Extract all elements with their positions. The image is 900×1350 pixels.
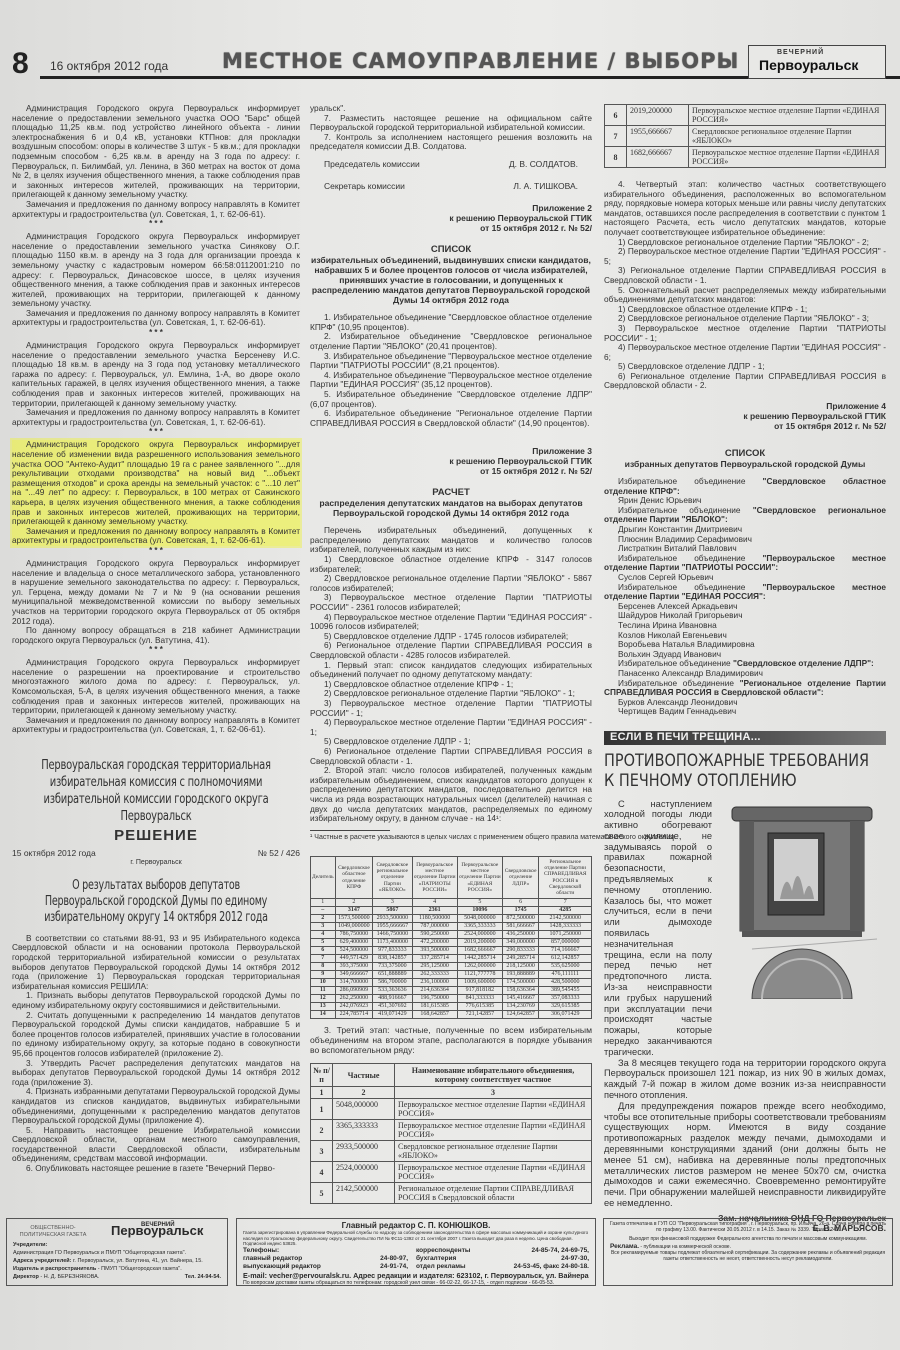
table-row: 6524,500000977,833333393,5000001682,6666… [311, 947, 592, 955]
table-cell: 249,285714 [502, 955, 539, 963]
phone-label: отдел рекламы [416, 1263, 466, 1271]
table-cell: Свердловское региональное отделение Парт… [689, 126, 886, 147]
table-header: № п/п [311, 1064, 333, 1087]
table-cell: 295,125000 [412, 963, 457, 971]
title-line: ПРОТИВОПОЖАРНЫЕ ТРЕБОВАНИЯ [604, 751, 844, 771]
table-cell: 476,111111 [539, 971, 592, 979]
appendix4-title: СПИСОК [604, 449, 886, 459]
table-cell: 218,125000 [502, 963, 539, 971]
rank-table-body: 12315048,000000Первоуральское местное от… [311, 1087, 592, 1204]
decision-paragraph: 3. Утвердить Расчет распределения депута… [12, 1059, 300, 1088]
appendix-line: от 15 октября 2012 г. № 52/ [310, 466, 592, 476]
appendix2-item: 3. Избирательное объединение "Первоураль… [310, 352, 592, 371]
table-cell: 2 [311, 1120, 333, 1141]
table-cell: 1 [311, 1099, 333, 1120]
table-cell: 2524,000000 [333, 1162, 395, 1183]
footer-logo: ВЕЧЕРНИЙ Первоуральск [111, 1223, 221, 1241]
appendix2-subtitle: избирательных объединений, выдвинувших с… [310, 255, 592, 305]
table-cell: 262,250000 [335, 995, 373, 1003]
table-cell: 14 [311, 1011, 336, 1019]
notice-contact: Замечания и предложения по данному вопро… [12, 408, 300, 427]
party-prefix: Избирательное объединение [618, 553, 762, 563]
appendix2-title: СПИСОК [310, 245, 592, 255]
table-cell: 196,750000 [412, 995, 457, 1003]
notice-contact: Замечания и предложения по данному вопро… [12, 527, 300, 546]
table-cell: 13 [311, 1003, 336, 1011]
phone-value: 24-80-97, [380, 1255, 408, 1263]
separator: * * * [12, 547, 300, 555]
table-header: Региональное отделение Партии СПРАВЕДЛИВ… [539, 856, 592, 899]
table-cell: 872,500000 [502, 915, 539, 923]
table-cell: 2142,500000 [333, 1183, 395, 1204]
table-index-row: 123 [311, 1087, 592, 1099]
rank-table-cont-body: 62019,200000Первоуральское местное отдел… [605, 105, 886, 168]
table-row: 31049,0000001955,666667787,0000003365,33… [311, 923, 592, 931]
certification-info: Все рекламируемые товары подлежат обязат… [610, 1250, 886, 1263]
table-header: Свердловское региональное отделение Парт… [373, 856, 412, 899]
phone-value: 24-97-30, [561, 1255, 589, 1263]
table-row: 42524,000000Первоуральское местное отдел… [311, 1162, 592, 1183]
decision-paragraph: 1. Признать выборы депутатов Первоуральс… [12, 991, 300, 1010]
table-cell: 841,333333 [457, 995, 502, 1003]
support-info: Выходит при финансовой поддержке Федерал… [610, 1236, 886, 1242]
decision-cont: 7. Контроль за исполнением настоящего ре… [310, 133, 592, 152]
decision-paragraph: 2. Считать допущенными к распределению 1… [12, 1011, 300, 1059]
table-row: 71955,666667Свердловское региональное от… [605, 126, 886, 147]
table-cell: 3365,333333 [457, 923, 502, 931]
table-row: 32933,500000Свердловское региональное от… [311, 1141, 592, 1162]
table-row: 62019,200000Первоуральское местное отдел… [605, 105, 886, 126]
table-cell: 6 [605, 105, 627, 126]
party-heading: Избирательное объединение "Свердловское … [604, 477, 886, 496]
column-2: уральск". 7. Разместить настоящее решени… [310, 104, 592, 1204]
appendix4-subtitle: избранных депутатов Первоуральской город… [604, 459, 886, 469]
table-row: 12262,250000488,916667196,750000841,3333… [311, 995, 592, 1003]
rank-table-continued: 62019,200000Первоуральское местное отдел… [604, 104, 886, 168]
label: Адреса учредителей: [13, 1258, 72, 1264]
logo-big-text: Первоуральск [111, 1227, 203, 1235]
table-cell: 1955,666667 [373, 923, 412, 931]
party-prefix: Избирательное объединение [618, 582, 762, 592]
party-heading: Избирательное объединение "Первоуральско… [604, 583, 886, 602]
table-cell: 1745 [502, 907, 539, 915]
table-cell: 2019,200000 [627, 105, 689, 126]
stove-illustration-icon [722, 799, 882, 999]
table-cell: 1573,500000 [335, 915, 373, 923]
table-cell: 419,071429 [373, 1011, 412, 1019]
table-row: 14224,785714419,071429168,642857721,1428… [311, 1011, 592, 1019]
notice: Администрация Городского округа Первоура… [12, 559, 300, 645]
table-cell: Первоуральское местное отделение Партии … [395, 1099, 592, 1120]
table-cell: 1682,666667 [627, 147, 689, 168]
table-cell: 3 [395, 1087, 592, 1099]
paper-type: ОБЩЕСТВЕННО-ПОЛИТИЧЕСКАЯ ГАЗЕТА [13, 1225, 93, 1239]
page-number: 8 [12, 47, 29, 81]
newspaper-page: 8 16 октября 2012 года МЕСТНОЕ САМОУПРАВ… [0, 0, 900, 1350]
table-row: 8393,375000733,375000295,1250001262,0000… [311, 963, 592, 971]
decision-cont: 7. Разместить настоящее решение на офици… [310, 114, 592, 133]
divisor-table: Делитель Свердловское областное отделени… [310, 856, 592, 1020]
phone-value: 24-91-74, [380, 1263, 408, 1271]
table-cell: 488,916667 [373, 995, 412, 1003]
table-cell: 242,076923 [335, 1003, 373, 1011]
appendix4-reference: Приложение 4 к решению Первоуральской ГТ… [604, 401, 886, 431]
table-cell: 721,142857 [457, 1011, 502, 1019]
table-cell: 651,888889 [373, 971, 412, 979]
appendix2-item: 1. Избирательное объединение "Свердловск… [310, 313, 592, 332]
decision-dateline: 15 октября 2012 года № 52 / 426 [12, 849, 300, 859]
table-cell: 787,000000 [412, 923, 457, 931]
appendix-line: к решению Первоуральской ГТИК [310, 456, 592, 466]
chief-editor: Главный редактор С. П. КОНЮШКОВ. [243, 1221, 589, 1230]
appendix2-item: 2. Избирательное объединение "Свердловск… [310, 332, 592, 351]
column-3: 62019,200000Первоуральское местное отдел… [604, 104, 886, 1233]
notice: Администрация Городского округа Первоура… [12, 104, 300, 219]
issue-date: 16 октября 2012 года [50, 59, 168, 73]
table-cell: 2933,500000 [333, 1141, 395, 1162]
appendix-line: Приложение 2 [310, 203, 592, 213]
notice-highlighted: Администрация Городского округа Первоура… [12, 440, 300, 546]
fire-banner: ЕСЛИ В ПЕЧИ ТРЕЩИНА... [604, 731, 886, 745]
calc-paragraph: 2. Второй этап: число голосов избирателе… [310, 766, 592, 824]
table-cell: 393,500000 [412, 947, 457, 955]
appendix-line: от 15 октября 2012 г. № 52/ [604, 421, 886, 431]
table-row: 21573,5000002933,5000001180,5000005048,0… [311, 915, 592, 923]
table-cell: Первоуральское местное отделение Партии … [689, 147, 886, 168]
table-header: Наименование избирательного объединения,… [395, 1064, 592, 1087]
founders: Администрация ГО Первоуральск и ПМУП "Об… [13, 1249, 221, 1257]
footnote: ¹ Частные в расчете указываются в целых … [310, 830, 390, 842]
table-row: 7449,571429838,142857337,2857141442,2857… [311, 955, 592, 963]
table-cell: 11 [311, 987, 336, 995]
table-cell: 2933,500000 [373, 915, 412, 923]
table-cell: 581,666667 [502, 923, 539, 931]
table-cell: 236,100000 [412, 979, 457, 987]
appendix2-item: 4. Избирательное объединение "Первоураль… [310, 371, 592, 390]
signature-role: Секретарь комиссии [324, 182, 405, 192]
fire-paragraph: За 8 месяцев текущего года на территории… [604, 1058, 886, 1101]
table-cell: 337,285714 [412, 955, 457, 963]
table-cell: 2361 [412, 907, 457, 915]
ad-text: - публикации на коммерческой основе. [640, 1244, 731, 1250]
table-cell: 262,333333 [412, 971, 457, 979]
signature-role: Председатель комиссии [324, 160, 420, 170]
table-cell: 449,571429 [335, 955, 373, 963]
table-cell: 2 [311, 915, 336, 923]
calc-paragraph: 4) Первоуральское местное отделение Парт… [310, 718, 592, 737]
label: Директор [13, 1274, 39, 1280]
table-cell: – [311, 907, 336, 915]
address: г. Первоуральск, ул. Ватутина, 41, ул. В… [73, 1258, 203, 1264]
stage3-text: 3. Третий этап: частные, полученные по в… [310, 1025, 592, 1055]
notice-contact: Замечания и предложения по данному вопро… [12, 309, 300, 328]
table-cell: 193,888889 [502, 971, 539, 979]
calc-paragraph: 4) Первоуральское местное отделение Парт… [310, 613, 592, 632]
decision-number: № 52 / 426 [258, 849, 300, 859]
appendix-line: Приложение 3 [310, 446, 592, 456]
calc-paragraph: 6) Региональное отделение Партии СПРАВЕД… [310, 641, 592, 660]
phone-label: корреспонденты [416, 1247, 470, 1255]
table-cell: 1071,250000 [539, 931, 592, 939]
table-cell: Региональное отделение Партии СПРАВЕДЛИВ… [395, 1183, 592, 1204]
delivery-line: По вопросам доставки газеты обращаться п… [243, 1280, 589, 1286]
table-cell: 6 [502, 899, 539, 907]
calc-paragraph: Перечень избирательных объединений, допу… [310, 526, 592, 555]
phones-label: Телефоны: [243, 1247, 408, 1255]
notice-text: Администрация Городского округа Первоура… [12, 440, 300, 526]
party-name: "Свердловское отделение ЛДПР": [733, 658, 874, 668]
table-cell: 6 [311, 947, 336, 955]
notice: Администрация Городского округа Первоура… [12, 658, 300, 735]
table-cell: 5 [311, 1183, 333, 1204]
table-cell: 8 [605, 147, 627, 168]
table-cell: 3365,333333 [333, 1120, 395, 1141]
table-cell: 329,615385 [539, 1003, 592, 1011]
deputy-name: Чертищев Вадим Геннадьевич [604, 707, 886, 717]
table-cell: 1121,777778 [457, 971, 502, 979]
separator: * * * [12, 220, 300, 228]
phone: 24-94-54. [197, 1274, 221, 1280]
table-cell: 612,142857 [539, 955, 592, 963]
table-cell: 389,545455 [539, 987, 592, 995]
party-prefix: Избирательное объединение [618, 658, 733, 668]
calc-paragraph: 3) Первоуральское местное отделение Парт… [310, 699, 592, 718]
appendix2-item: 5. Избирательное объединение "Свердловск… [310, 390, 592, 409]
table-row: 15048,000000Первоуральское местное отдел… [311, 1099, 592, 1120]
table-cell: 349,666667 [335, 971, 373, 979]
table-cell: 7 [539, 899, 592, 907]
calc-paragraph: 2) Свердловское региональное отделение П… [310, 574, 592, 593]
table-cell: 286,090909 [335, 987, 373, 995]
appendix-line: Приложение 4 [604, 401, 886, 411]
table-header-row: Делитель Свердловское областное отделени… [311, 856, 592, 899]
notice-text: Администрация Городского округа Первоура… [12, 341, 300, 408]
appendix3-subtitle: распределения депутатских мандатов на вы… [310, 498, 592, 518]
table-cell: 5048,000000 [457, 915, 502, 923]
newspaper-logo: ВЕЧЕРНИЙ Первоуральск [748, 45, 886, 79]
table-cell: 1173,400000 [373, 939, 412, 947]
table-cell: 1442,285714 [457, 955, 502, 963]
separator: * * * [12, 428, 300, 436]
table-cell: 629,400000 [335, 939, 373, 947]
table-cell: 535,625000 [539, 963, 592, 971]
appendix3-title: РАСЧЕТ [310, 488, 592, 498]
table-cell: 917,818182 [457, 987, 502, 995]
notice-text: Администрация Городского округа Первоура… [12, 232, 300, 309]
table-cell: 3 [373, 899, 412, 907]
table-row: 10314,700000586,700000236,1000001009,600… [311, 979, 592, 987]
table-cell: 2142,500000 [539, 915, 592, 923]
notice-contact: По данному вопросу обращаться в 218 каби… [12, 626, 300, 645]
table-cell: 181,615385 [412, 1003, 457, 1011]
table-cell: 134,230769 [502, 1003, 539, 1011]
signature-name: Л. А. ТИШКОВА. [513, 182, 578, 192]
stage-paragraph: 5. Окончательный расчет распределяемых м… [604, 286, 886, 305]
footer-printing-box: Газета отпечатана в ГУП СО "Первоуральск… [603, 1218, 893, 1286]
table-cell: 9 [311, 971, 336, 979]
fire-article-title: ПРОТИВОПОЖАРНЫЕ ТРЕБОВАНИЯ К ПЕЧНОМУ ОТО… [604, 751, 844, 791]
table-cell: Первоуральское местное отделение Партии … [395, 1162, 592, 1183]
table-row: 81682,666667Первоуральское местное отдел… [605, 147, 886, 168]
table-cell: 3 [311, 923, 336, 931]
table-cell: 4 [412, 899, 457, 907]
table-cell: 10 [311, 979, 336, 987]
table-cell: 10096 [457, 907, 502, 915]
table-cell: 857,000000 [539, 939, 592, 947]
table-cell: Свердловское региональное отделение Парт… [395, 1141, 592, 1162]
calc-paragraph: 6) Региональное отделение Партии СПРАВЕД… [310, 747, 592, 766]
table-cell: 5867 [373, 907, 412, 915]
table-cell: 3 [311, 1141, 333, 1162]
table-cell: 2019,200000 [457, 939, 502, 947]
appendix-line: к решению Первоуральской ГТИК [310, 213, 592, 223]
appendix-line: к решению Первоуральской ГТИК [604, 411, 886, 421]
table-cell: 977,833333 [373, 947, 412, 955]
section-title: МЕСТНОЕ САМОУПРАВЛЕНИЕ / ВЫБОРЫ [222, 49, 739, 73]
table-cell: 214,636364 [412, 987, 457, 995]
table-cell: 524,500000 [335, 947, 373, 955]
notice-text: Администрация Городского округа Первоура… [12, 104, 300, 200]
party-heading: Избирательное объединение "Региональное … [604, 679, 886, 698]
calc-paragraph: 1) Свердловское областное отделение КПРФ… [310, 555, 592, 574]
table-cell: 1262,000000 [457, 963, 502, 971]
table-cell: 393,375000 [335, 963, 373, 971]
table-cell: 2 [333, 1087, 395, 1099]
table-cell: 349,000000 [502, 939, 539, 947]
table-header: Делитель [311, 856, 336, 899]
decision-paragraph: 6. Опубликовать настоящее решение в газе… [12, 1164, 300, 1174]
notice: Администрация Городского округа Первоура… [12, 232, 300, 328]
table-cell: 1428,333333 [539, 923, 592, 931]
phone-value: 24-85-74, 24-69-75, [532, 1247, 589, 1255]
table-cell: 428,500000 [539, 979, 592, 987]
rank-table: № п/п Частные Наименование избирательног… [310, 1063, 592, 1204]
fire-lead: С наступлением холодной погоды люди акти… [604, 799, 712, 1058]
table-cell: 2524,000000 [457, 931, 502, 939]
table-cell: 224,785714 [335, 1011, 373, 1019]
label: Тел. [185, 1274, 196, 1280]
party-prefix: Избирательное объединение [618, 505, 753, 515]
table-header: Первоуральское местное отделение Партии … [457, 856, 502, 899]
label: Издатель и распространитель [13, 1266, 96, 1272]
footer-publisher-box: ОБЩЕСТВЕННО-ПОЛИТИЧЕСКАЯ ГАЗЕТА ВЕЧЕРНИЙ… [6, 1218, 228, 1286]
signature-secretary: Секретарь комиссии Л. А. ТИШКОВА. [310, 182, 592, 192]
table-cell: 12 [311, 995, 336, 1003]
table-cell: 4 [311, 931, 336, 939]
appendix-line: от 15 октября 2012 г. № 52/ [310, 223, 592, 233]
table-cell: 158,636364 [502, 987, 539, 995]
fire-paragraph: Для предупреждения пожаров прежде всего … [604, 1101, 886, 1209]
logo-big-text: Первоуральск [759, 57, 858, 73]
commission-heading: Первоуральская городская территориальная… [38, 757, 274, 825]
notice-text: Администрация Городского округа Первоура… [12, 559, 300, 626]
footer-editorial-box: Главный редактор С. П. КОНЮШКОВ. Газета … [236, 1218, 596, 1286]
separator: * * * [12, 329, 300, 337]
decision-title: О результатах выборов депутатов Первоура… [38, 878, 274, 926]
stage-paragraph: 3) Региональное отделение Партии СПРАВЕД… [604, 266, 886, 285]
party-prefix: Избирательное объединение [618, 678, 740, 688]
table-cell: 472,200000 [412, 939, 457, 947]
party-heading: Избирательное объединение "Свердловское … [604, 506, 886, 525]
table-cell: 714,166667 [539, 947, 592, 955]
table-cell: 3147 [335, 907, 373, 915]
appendix2-reference: Приложение 2 к решению Первоуральской ГТ… [310, 203, 592, 233]
decision-city: г. Первоуральск [12, 858, 300, 868]
table-cell: 1180,500000 [412, 915, 457, 923]
phone-label: выпускающий редактор [243, 1263, 321, 1271]
decision-paragraph: 4. Признать избранными депутатами Первоу… [12, 1087, 300, 1125]
table-cell: 838,142857 [373, 955, 412, 963]
table-cell: 7 [605, 126, 627, 147]
table-cell: 1 [311, 899, 336, 907]
decision-label: РЕШЕНИЕ [12, 831, 300, 841]
table-row: 23365,333333Первоуральское местное отдел… [311, 1120, 592, 1141]
column-1: Администрация Городского округа Первоура… [12, 104, 300, 1174]
table-cell: 2 [335, 899, 373, 907]
table-cell: 5 [311, 939, 336, 947]
logo-small-text: ВЕЧЕРНИЙ [777, 49, 824, 56]
phone-label: бухгалтерия [416, 1255, 456, 1263]
publisher: - ПМУП "Общегородская газета". [98, 1266, 182, 1272]
table-header: Частные [333, 1064, 395, 1087]
table-cell: 451,307692 [373, 1003, 412, 1011]
decision-date: 15 октября 2012 года [12, 849, 96, 859]
table-cell: 145,416667 [502, 995, 539, 1003]
divisor-table-body: 1234567–314758672361100961745428521573,5… [311, 899, 592, 1019]
table-cell: 7 [311, 955, 336, 963]
table-cell: 174,500000 [502, 979, 539, 987]
table-cell: 733,375000 [373, 963, 412, 971]
notice-text: Администрация Городского округа Первоура… [12, 658, 300, 716]
table-cell: 290,833333 [502, 947, 539, 955]
notice: Администрация Городского округа Первоура… [12, 341, 300, 427]
table-cell: 124,642857 [502, 1011, 539, 1019]
decision-paragraph: 5. Направить настоящее решение Избирател… [12, 1126, 300, 1164]
appendix3-reference: Приложение 3 к решению Первоуральской ГТ… [310, 446, 592, 476]
table-row: 13242,076923451,307692181,615385776,6153… [311, 1003, 592, 1011]
table-cell: 776,615385 [457, 1003, 502, 1011]
table-cell: 5 [457, 899, 502, 907]
table-index-row: 1234567 [311, 899, 592, 907]
notice-contact: Замечания и предложения по данному вопро… [12, 716, 300, 735]
table-cell: 1 [311, 1087, 333, 1099]
table-cell: 5048,000000 [333, 1099, 395, 1120]
decision-paragraph: В соответствии со статьями 88-91, 93 и 9… [12, 934, 300, 992]
phone-label: главный редактор [243, 1255, 302, 1263]
elected-deputies-list: Избирательное объединение "Свердловское … [604, 477, 886, 717]
masthead: 8 16 октября 2012 года МЕСТНОЕ САМОУПРАВ… [10, 45, 890, 85]
table-header-row: № п/п Частные Наименование избирательног… [311, 1064, 592, 1087]
table-cell: 8 [311, 963, 336, 971]
notice-contact: Замечания и предложения по данному вопро… [12, 200, 300, 219]
table-cell: Первоуральское местное отделение Партии … [395, 1120, 592, 1141]
fire-article: С наступлением холодной погоды люди акти… [604, 799, 886, 1058]
title-line: К ПЕЧНОМУ ОТОПЛЕНИЮ [604, 771, 844, 791]
stage-paragraph: 6) Региональное отделение Партии СПРАВЕД… [604, 372, 886, 391]
registration: Газета зарегистрирована в управлении Фед… [243, 1230, 589, 1247]
calc-paragraph: 3) Первоуральское местное отделение Парт… [310, 593, 592, 612]
table-cell: Первоуральское местное отделение Партии … [689, 105, 886, 126]
separator: * * * [12, 646, 300, 654]
fire-lead-text: С наступлением холодной погоды люди акти… [604, 799, 712, 1058]
table-cell: 586,700000 [373, 979, 412, 987]
table-cell: 533,363636 [373, 987, 412, 995]
table-cell: 357,083333 [539, 995, 592, 1003]
printing-info: Газета отпечатана в ГУП СО "Первоуральск… [610, 1221, 886, 1234]
table-cell: 168,642857 [412, 1011, 457, 1019]
stage-paragraph: 4) Первоуральское местное отделение Парт… [604, 343, 886, 362]
table-row: 9349,666667651,888889262,3333331121,7777… [311, 971, 592, 979]
